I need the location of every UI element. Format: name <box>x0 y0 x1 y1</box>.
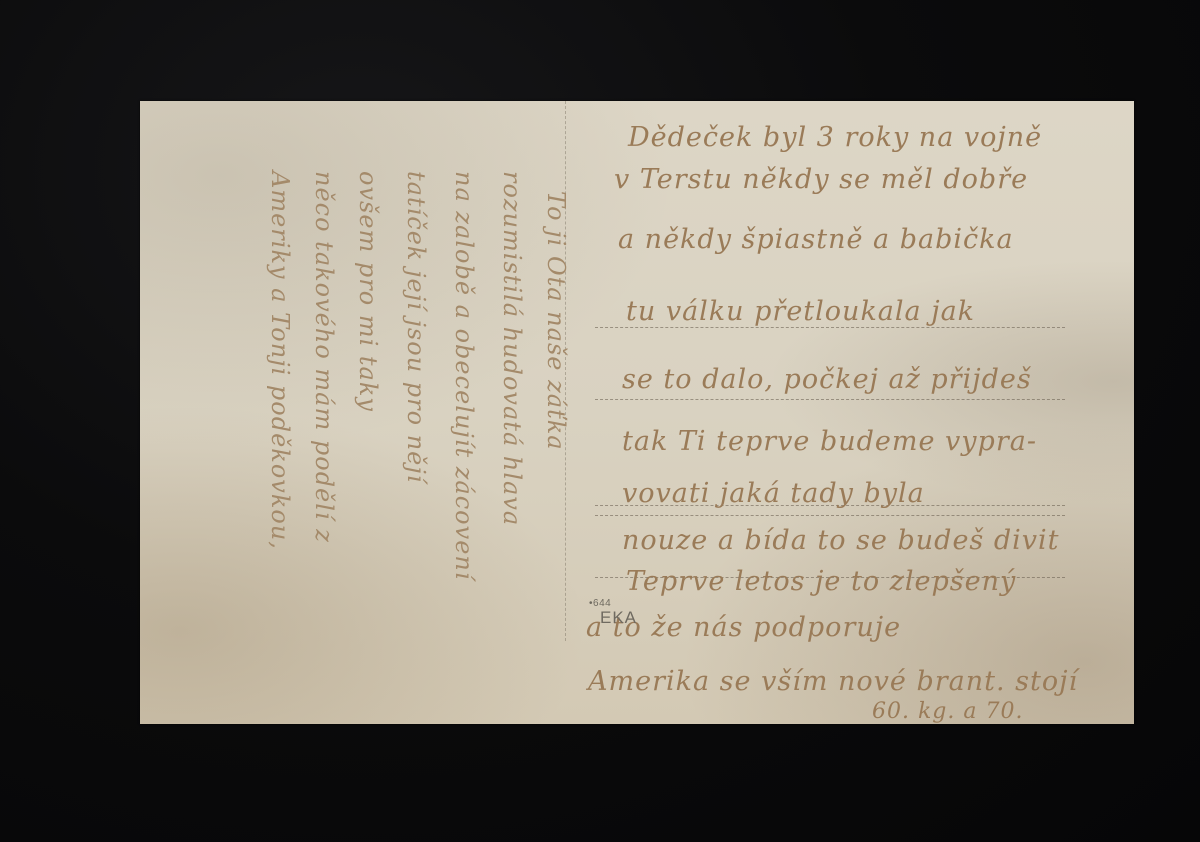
message-line-5: se to dalo, počkej až přijdeš <box>622 365 1032 395</box>
rotated-line-4: tatíček její jsou pro nějí <box>402 171 430 483</box>
rotated-line-6: něco takového mám podělí z <box>310 171 338 543</box>
message-line-4: tu válku přetloukala jak <box>626 297 975 327</box>
message-line-8: nouze a bída to se budeš divit <box>622 526 1060 556</box>
message-line-6: tak Ti teprve budeme vypra- <box>622 427 1037 457</box>
signature: 60. kg. a 70. <box>872 697 1023 724</box>
rotated-line-3: na zalobě a obecelujít zácovení <box>450 171 478 581</box>
postcard: Dědeček byl 3 roky na vojně v Terstu něk… <box>140 101 1134 724</box>
message-line-7: vovati jaká tady byla <box>622 479 925 509</box>
message-line-9: Teprve letos je to zlepšený <box>626 567 1016 597</box>
rotated-line-7: Ameriky a Tonji poděkovkou, <box>266 171 294 550</box>
message-line-1: Dědeček byl 3 roky na vojně <box>628 123 1042 153</box>
message-line-11: Amerika se vším nové brant. stojí <box>588 667 1078 697</box>
printed-brand: EKA <box>600 608 637 628</box>
rotated-line-5: ovšem pro mi taky <box>354 171 382 412</box>
message-line-2: v Terstu někdy se měl dobře <box>614 165 1028 195</box>
rotated-message: To ji Ota naše záťka rozumistilá hudovat… <box>170 171 570 724</box>
rotated-line-1: To ji Ota naše záťka <box>542 191 570 451</box>
message-line-3: a někdy špiastně a babička <box>618 225 1014 255</box>
address-guide-line <box>595 515 1065 516</box>
rotated-line-2: rozumistilá hudovatá hlava <box>498 171 526 526</box>
address-guide-line <box>595 327 1065 328</box>
address-guide-line <box>595 399 1065 400</box>
